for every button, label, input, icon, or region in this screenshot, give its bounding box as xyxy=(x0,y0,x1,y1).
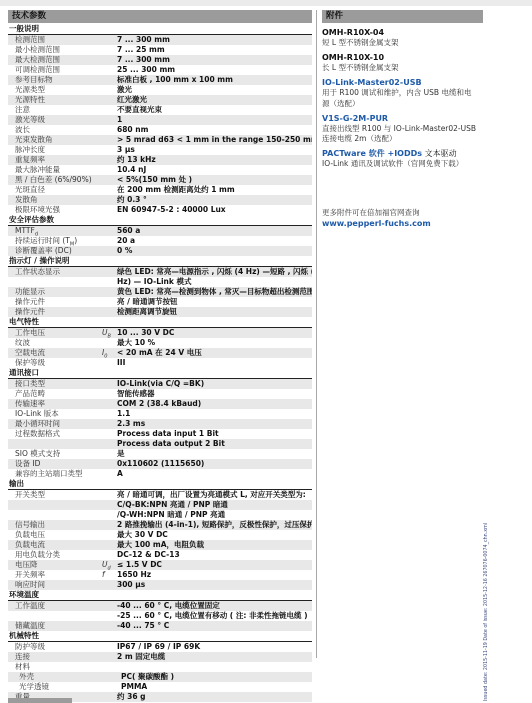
spec-symbol xyxy=(102,35,117,45)
spec-label: 操作元件 xyxy=(8,297,102,307)
section-header: 一般说明 xyxy=(8,24,312,35)
website-link[interactable]: www.pepperl-fuchs.com xyxy=(322,218,504,229)
spec-symbol xyxy=(102,530,117,540)
spec-symbol xyxy=(102,601,117,611)
spec-value: 最大 10 % xyxy=(117,338,312,348)
spec-value: 1 xyxy=(117,115,312,125)
spec-symbol xyxy=(102,297,117,307)
spec-symbol: I0 xyxy=(102,348,117,358)
spec-symbol: f xyxy=(102,570,117,580)
spec-value: Process data input 1 Bit xyxy=(117,429,312,439)
spec-label: 注意 xyxy=(8,105,102,115)
spec-label: 保护等级 xyxy=(8,358,102,368)
spec-value: 不要直视光束 xyxy=(117,105,312,115)
spec-value: 智能传感器 xyxy=(117,389,312,399)
spec-label: 工作电压 xyxy=(8,328,102,338)
spec-value: C/Q-BK:NPN 亮通 / PNP 暗通 xyxy=(117,500,312,510)
spec-row: 操作元件亮 / 暗通调节按钮 xyxy=(8,297,312,307)
spec-value: 标准白板 , 100 mm x 100 mm xyxy=(117,75,312,85)
accessory-name[interactable]: V1S-G-2M-PUR xyxy=(322,113,504,124)
spec-symbol xyxy=(102,379,117,389)
spec-label: 光源特性 xyxy=(8,95,102,105)
spec-value: 在 200 mm 检测距离处约 1 mm xyxy=(117,185,312,195)
spec-label: SIO 模式支持 xyxy=(8,449,102,459)
more-accessories-note: 更多附件可在倍加福官网查询 xyxy=(322,207,504,218)
spec-symbol: Ud xyxy=(102,560,117,570)
spec-label: 最大检测范围 xyxy=(8,55,102,65)
spec-label xyxy=(8,277,102,287)
spec-row: Hz) — IO-Link 模式 xyxy=(8,277,312,287)
spec-label: MTTFd xyxy=(8,226,102,236)
accessories-panel: 附件 OMH-R10X-04短 L 型不锈钢金属支架OMH-R10X-10长 L… xyxy=(322,10,504,229)
spec-symbol xyxy=(102,652,117,662)
spec-value: 约 0.3 ° xyxy=(117,195,312,205)
spec-label: 检测范围 xyxy=(8,35,102,45)
spec-row: 持续运行时间 (TM)20 a xyxy=(8,236,312,246)
accessory-item: OMH-R10X-04短 L 型不锈钢金属支架 xyxy=(322,27,504,49)
spec-symbol: UB xyxy=(102,328,117,338)
spec-row: 开关类型亮 / 暗通可调，出厂设置为亮通模式 L, 对应开关类型为: xyxy=(8,490,312,500)
spec-label: 负载电流 xyxy=(8,540,102,550)
spec-value: < 5%(150 mm 处 ) xyxy=(117,175,312,185)
spec-symbol xyxy=(102,45,117,55)
spec-label: 过程数据格式 xyxy=(8,429,102,439)
spec-label: 光斑直径 xyxy=(8,185,102,195)
panel-divider xyxy=(316,10,317,658)
spec-symbol xyxy=(102,65,117,75)
spec-row: 负载电压最大 30 V DC xyxy=(8,530,312,540)
spec-symbol xyxy=(102,520,117,530)
spec-label: 参考目标物 xyxy=(8,75,102,85)
spec-row: 连接2 m 固定电缆 xyxy=(8,652,312,662)
datasheet-page: 技术参数 一般说明检测范围7 ... 300 mm最小检测范围7 ... 25 … xyxy=(0,0,532,703)
spec-value: 20 a xyxy=(117,236,312,246)
spec-label: 诊断覆盖率 (DC) xyxy=(8,246,102,256)
spec-value: 0 % xyxy=(117,246,312,256)
accessory-name: OMH-R10X-10 xyxy=(322,52,504,63)
spec-row: 发散角约 0.3 ° xyxy=(8,195,312,205)
spec-label: 设备 ID xyxy=(8,459,102,469)
spec-row: 光斑直径在 200 mm 检测距离处约 1 mm xyxy=(8,185,312,195)
spec-value: 7 ... 300 mm xyxy=(117,55,312,65)
spec-value: 激光 xyxy=(117,85,312,95)
spec-value: 约 13 kHz xyxy=(117,155,312,165)
spec-row: 操作元件检测距离调节旋钮 xyxy=(8,307,312,317)
spec-row: 功能显示黄色 LED: 常亮—检测到物体 , 常灭—目标物超出检测范围 xyxy=(8,287,312,297)
spec-row: 储藏温度-40 ... 75 ° C xyxy=(8,621,312,631)
spec-value: 1650 Hz xyxy=(117,570,312,580)
spec-label: IO-Link 版本 xyxy=(8,409,102,419)
spec-row: 最大脉冲能量10.4 nJ xyxy=(8,165,312,175)
spec-value: > 5 mrad d63 < 1 mm in the range 150-250… xyxy=(117,135,312,145)
spec-symbol xyxy=(102,145,117,155)
spec-value: 红光激光 xyxy=(117,95,312,105)
spec-label: 接口类型 xyxy=(8,379,102,389)
technical-data-header: 技术参数 xyxy=(8,10,312,23)
spec-row: 激光等级1 xyxy=(8,115,312,125)
section-header: 指示灯 / 操作说明 xyxy=(8,256,312,267)
spec-row: 外壳PC( 聚碳酸酯 ) xyxy=(8,672,312,682)
spec-row: 空载电流I0< 20 mA 在 24 V 电压 xyxy=(8,348,312,358)
accessory-list: OMH-R10X-04短 L 型不锈钢金属支架OMH-R10X-10长 L 型不… xyxy=(322,27,504,170)
spec-row: 光源特性红光激光 xyxy=(8,95,312,105)
section-header: 机械特性 xyxy=(8,631,312,642)
spec-value: 亮 / 暗通调节按钮 xyxy=(117,297,312,307)
spec-label: 信号输出 xyxy=(8,520,102,530)
spec-value: IO-Link(via C/Q =BK) xyxy=(117,379,312,389)
spec-value: ≤ 1.5 V DC xyxy=(117,560,312,570)
spec-row: Process data output 2 Bit xyxy=(8,439,312,449)
technical-data-panel: 技术参数 一般说明检测范围7 ... 300 mm最小检测范围7 ... 25 … xyxy=(8,10,312,702)
section-header: 安全评估参数 xyxy=(8,215,312,226)
spec-label: 脉冲长度 xyxy=(8,145,102,155)
spec-value: 7 ... 25 mm xyxy=(117,45,312,55)
spec-value: 2 路推挽输出 (4-in-1), 短路保护，反极性保护，过压保护 xyxy=(117,520,312,530)
spec-label: 连接 xyxy=(8,652,102,662)
accessory-name[interactable]: IO-Link-Master02-USB xyxy=(322,77,504,88)
accessories-header: 附件 xyxy=(322,10,483,23)
spec-symbol xyxy=(102,409,117,419)
spec-symbol xyxy=(102,642,117,652)
spec-symbol xyxy=(102,692,117,702)
spec-value: -40 ... 75 ° C xyxy=(117,621,312,631)
spec-value: 560 a xyxy=(117,226,312,236)
spec-symbol xyxy=(106,682,121,692)
spec-label: 电压降 xyxy=(8,560,102,570)
spec-symbol xyxy=(102,621,117,631)
spec-row: 最小循环时间2.3 ms xyxy=(8,419,312,429)
spec-value: -40 ... 60 ° C, 电缆位置固定 xyxy=(117,601,312,611)
spec-symbol xyxy=(102,469,117,479)
spec-row: 负载电流最大 100 mA，电阻负载 xyxy=(8,540,312,550)
spec-value: 最大 100 mA，电阻负载 xyxy=(117,540,312,550)
spec-value: 300 µs xyxy=(117,580,312,590)
spec-value: < 20 mA 在 24 V 电压 xyxy=(117,348,312,358)
spec-row: 注意不要直视光束 xyxy=(8,105,312,115)
spec-row: 传输速率COM 2 (38.4 kBaud) xyxy=(8,399,312,409)
spec-symbol xyxy=(102,500,117,510)
spec-symbol xyxy=(102,205,117,215)
spec-label: 最小检测范围 xyxy=(8,45,102,55)
spec-symbol xyxy=(102,85,117,95)
spec-symbol xyxy=(102,155,117,165)
spec-value: 25 ... 300 mm xyxy=(117,65,312,75)
spec-row: 设备 ID0x110602 (1115650) xyxy=(8,459,312,469)
spec-symbol xyxy=(102,459,117,469)
spec-symbol xyxy=(102,490,117,500)
spec-row: 开关频率f1650 Hz xyxy=(8,570,312,580)
spec-label: 重复频率 xyxy=(8,155,102,165)
spec-symbol xyxy=(102,165,117,175)
spec-label: 空载电流 xyxy=(8,348,102,358)
spec-label: 开关频率 xyxy=(8,570,102,580)
spec-label: 储藏温度 xyxy=(8,621,102,631)
spec-symbol xyxy=(102,226,117,236)
spec-label: 最小循环时间 xyxy=(8,419,102,429)
spec-row: 光束发散角> 5 mrad d63 < 1 mm in the range 15… xyxy=(8,135,312,145)
spec-row: /Q-WH:NPN 暗通 / PNP 亮通 xyxy=(8,510,312,520)
spec-value: A xyxy=(117,469,312,479)
spec-value: 680 nm xyxy=(117,125,312,135)
spec-symbol xyxy=(102,135,117,145)
spec-value: Process data output 2 Bit xyxy=(117,439,312,449)
spec-value: 亮 / 暗通可调，出厂设置为亮通模式 L, 对应开关类型为: xyxy=(117,490,312,500)
spec-value: COM 2 (38.4 kBaud) xyxy=(117,399,312,409)
spec-value: 是 xyxy=(117,449,312,459)
spec-row: 极限环境光强EN 60947-5-2 : 40000 Lux xyxy=(8,205,312,215)
spec-table: 一般说明检测范围7 ... 300 mm最小检测范围7 ... 25 mm最大检… xyxy=(8,24,312,702)
spec-row: 工作状态显示绿色 LED: 常亮—电源指示 , 闪烁 (4 Hz) —短路 , … xyxy=(8,267,312,277)
spec-symbol xyxy=(102,389,117,399)
spec-label: 发散角 xyxy=(8,195,102,205)
spec-symbol xyxy=(102,267,117,277)
spec-symbol xyxy=(102,338,117,348)
spec-label: 负载电压 xyxy=(8,530,102,540)
spec-label xyxy=(8,500,102,510)
spec-symbol xyxy=(102,419,117,429)
spec-symbol xyxy=(102,307,117,317)
spec-label: 纹波 xyxy=(8,338,102,348)
spec-value: 1.1 xyxy=(117,409,312,419)
spec-row: 工作电压UB10 ... 30 V DC xyxy=(8,328,312,338)
section-header: 环境温度 xyxy=(8,590,312,601)
spec-label: 用电负载分类 xyxy=(8,550,102,560)
spec-label: 光源类型 xyxy=(8,85,102,95)
spec-row: 光学透镜PMMA xyxy=(8,682,312,692)
spec-row: 参考目标物标准白板 , 100 mm x 100 mm xyxy=(8,75,312,85)
spec-symbol xyxy=(102,55,117,65)
spec-row: 信号输出2 路推挽输出 (4-in-1), 短路保护，反极性保护，过压保护 xyxy=(8,520,312,530)
spec-value: 检测距离调节旋钮 xyxy=(117,307,312,317)
spec-symbol xyxy=(102,399,117,409)
spec-row: 脉冲长度3 µs xyxy=(8,145,312,155)
spec-row: 诊断覆盖率 (DC)0 % xyxy=(8,246,312,256)
spec-symbol xyxy=(102,95,117,105)
spec-row: MTTFd560 a xyxy=(8,226,312,236)
spec-row: 光源类型激光 xyxy=(8,85,312,95)
spec-value: 绿色 LED: 常亮—电源指示 , 闪烁 (4 Hz) —短路 , 闪烁 (1 xyxy=(117,267,312,277)
spec-row: 接口类型IO-Link(via C/Q =BK) xyxy=(8,379,312,389)
spec-label: 激光等级 xyxy=(8,115,102,125)
accessory-item: V1S-G-2M-PUR直接出线型 R100 与 IO-Link-Master0… xyxy=(322,113,504,145)
spec-row: 用电负载分类DC-12 & DC-13 xyxy=(8,550,312,560)
spec-label: 响应时间 xyxy=(8,580,102,590)
spec-symbol xyxy=(102,611,117,621)
spec-value: III xyxy=(117,358,312,368)
spec-row: 响应时间300 µs xyxy=(8,580,312,590)
spec-row: 纹波最大 10 % xyxy=(8,338,312,348)
spec-value: DC-12 & DC-13 xyxy=(117,550,312,560)
spec-symbol xyxy=(102,277,117,287)
spec-value: 7 ... 300 mm xyxy=(117,35,312,45)
accessory-name[interactable]: PACTware 软件 +IODDs 文本驱动 xyxy=(322,148,504,159)
spec-label: 工作状态显示 xyxy=(8,267,102,277)
accessory-name-suffix: 文本驱动 xyxy=(422,149,457,158)
spec-label: 可调检测范围 xyxy=(8,65,102,75)
accessory-description: 用于 R100 调试和维护，内含 USB 电缆和电 xyxy=(322,88,504,99)
accessory-item: OMH-R10X-10长 L 型不锈钢金属支架 xyxy=(322,52,504,74)
spec-value: 10.4 nJ xyxy=(117,165,312,175)
spec-symbol xyxy=(102,115,117,125)
spec-label: 材料 xyxy=(8,662,102,672)
spec-value: PMMA xyxy=(121,682,312,692)
spec-label: 操作元件 xyxy=(8,307,102,317)
spec-symbol xyxy=(102,287,117,297)
spec-symbol xyxy=(102,510,117,520)
accessory-name: OMH-R10X-04 xyxy=(322,27,504,38)
spec-label: 产品范畴 xyxy=(8,389,102,399)
spec-symbol xyxy=(102,580,117,590)
section-header: 通讯接口 xyxy=(8,368,312,379)
spec-symbol xyxy=(102,236,117,246)
spec-value: 0x110602 (1115650) xyxy=(117,459,312,469)
accessory-description: 长 L 型不锈钢金属支架 xyxy=(322,63,504,74)
spec-row: 波长680 nm xyxy=(8,125,312,135)
spec-row: 保护等级III xyxy=(8,358,312,368)
spec-row: 材料 xyxy=(8,662,312,672)
spec-value: PC( 聚碳酸酯 ) xyxy=(121,672,312,682)
spec-label: 功能显示 xyxy=(8,287,102,297)
accessory-description: 直接出线型 R100 与 IO-Link-Master02-USB xyxy=(322,124,504,135)
spec-value: 3 µs xyxy=(117,145,312,155)
spec-label: 防护等级 xyxy=(8,642,102,652)
spec-row: SIO 模式支持是 xyxy=(8,449,312,459)
spec-symbol xyxy=(102,185,117,195)
spec-symbol xyxy=(102,105,117,115)
spec-row: 黑 / 白色差 (6%/90%)< 5%(150 mm 处 ) xyxy=(8,175,312,185)
spec-value: 黄色 LED: 常亮—检测到物体 , 常灭—目标物超出检测范围 xyxy=(117,287,312,297)
spec-label: 光学透镜 xyxy=(8,682,106,692)
spec-label xyxy=(8,611,102,621)
spec-value: 10 ... 30 V DC xyxy=(117,328,312,338)
spec-row: -25 ... 60 ° C, 电缆位置有移动 ( 注: 非柔性拖链电缆 ) xyxy=(8,611,312,621)
spec-value: -25 ... 60 ° C, 电缆位置有移动 ( 注: 非柔性拖链电缆 ) xyxy=(117,611,312,621)
accessory-description: 源（选配） xyxy=(322,99,504,110)
spec-value: 约 36 g xyxy=(117,692,312,702)
spec-label: 最大脉冲能量 xyxy=(8,165,102,175)
spec-label: 兼容的主站端口类型 xyxy=(8,469,102,479)
spec-symbol xyxy=(102,429,117,439)
spec-label: 光束发散角 xyxy=(8,135,102,145)
accessory-item: IO-Link-Master02-USB用于 R100 调试和维护，内含 USB… xyxy=(322,77,504,109)
spec-value: Hz) — IO-Link 模式 xyxy=(117,277,312,287)
spec-row: 兼容的主站端口类型A xyxy=(8,469,312,479)
spec-value: 2 m 固定电缆 xyxy=(117,652,312,662)
spec-value: /Q-WH:NPN 暗通 / PNP 亮通 xyxy=(117,510,312,520)
spec-label: 工作温度 xyxy=(8,601,102,611)
page-top-strip xyxy=(0,0,532,6)
spec-value: 最大 30 V DC xyxy=(117,530,312,540)
spec-symbol xyxy=(106,672,121,682)
spec-symbol xyxy=(102,449,117,459)
spec-row: 重复频率约 13 kHz xyxy=(8,155,312,165)
spec-row: 最小检测范围7 ... 25 mm xyxy=(8,45,312,55)
spec-value: IP67 / IP 69 / IP 69K xyxy=(117,642,312,652)
spec-label: 黑 / 白色差 (6%/90%) xyxy=(8,175,102,185)
spec-symbol xyxy=(102,75,117,85)
spec-value xyxy=(117,662,312,672)
accessory-item: PACTware 软件 +IODDs 文本驱动IO-Link 通讯及调试软件（官… xyxy=(322,148,504,170)
accessory-description: 短 L 型不锈钢金属支架 xyxy=(322,38,504,49)
spec-symbol xyxy=(102,662,117,672)
spec-value: 2.3 ms xyxy=(117,419,312,429)
accessory-description: 连接电缆 2m（选配） xyxy=(322,134,504,145)
spec-row: 检测范围7 ... 300 mm xyxy=(8,35,312,45)
spec-row: 防护等级IP67 / IP 69 / IP 69K xyxy=(8,642,312,652)
accessory-description: IO-Link 通讯及调试软件（官网免费下载） xyxy=(322,159,504,170)
spec-row: 工作温度-40 ... 60 ° C, 电缆位置固定 xyxy=(8,601,312,611)
spec-symbol xyxy=(102,358,117,368)
spec-symbol xyxy=(102,540,117,550)
spec-label: 持续运行时间 (TM) xyxy=(8,236,102,246)
spec-row: 可调检测范围25 ... 300 mm xyxy=(8,65,312,75)
spec-label: 波长 xyxy=(8,125,102,135)
next-section-bar-cutoff xyxy=(8,698,72,703)
spec-row: 电压降Ud≤ 1.5 V DC xyxy=(8,560,312,570)
spec-row: 产品范畴智能传感器 xyxy=(8,389,312,399)
spec-symbol xyxy=(102,550,117,560)
spec-value: EN 60947-5-2 : 40000 Lux xyxy=(117,205,312,215)
section-header: 输出 xyxy=(8,479,312,490)
spec-row: 最大检测范围7 ... 300 mm xyxy=(8,55,312,65)
section-header: 电气特性 xyxy=(8,317,312,328)
spec-row: C/Q-BK:NPN 亮通 / PNP 暗通 xyxy=(8,500,312,510)
spec-symbol xyxy=(102,195,117,205)
spec-label xyxy=(8,510,102,520)
spec-label: 传输速率 xyxy=(8,399,102,409)
spec-label: 开关类型 xyxy=(8,490,102,500)
spec-symbol xyxy=(102,175,117,185)
spec-symbol xyxy=(102,439,117,449)
spec-label: 极限环境光强 xyxy=(8,205,102,215)
spec-label: 外壳 xyxy=(8,672,106,682)
spec-symbol xyxy=(102,246,117,256)
spec-symbol xyxy=(102,125,117,135)
spec-label xyxy=(8,439,102,449)
document-edge-info: Issued date: 2015-11-19 Date of issue: 2… xyxy=(484,523,489,701)
spec-row: 过程数据格式Process data input 1 Bit xyxy=(8,429,312,439)
spec-row: IO-Link 版本1.1 xyxy=(8,409,312,419)
accessories-footer: 更多附件可在倍加福官网查询 www.pepperl-fuchs.com xyxy=(322,207,504,229)
